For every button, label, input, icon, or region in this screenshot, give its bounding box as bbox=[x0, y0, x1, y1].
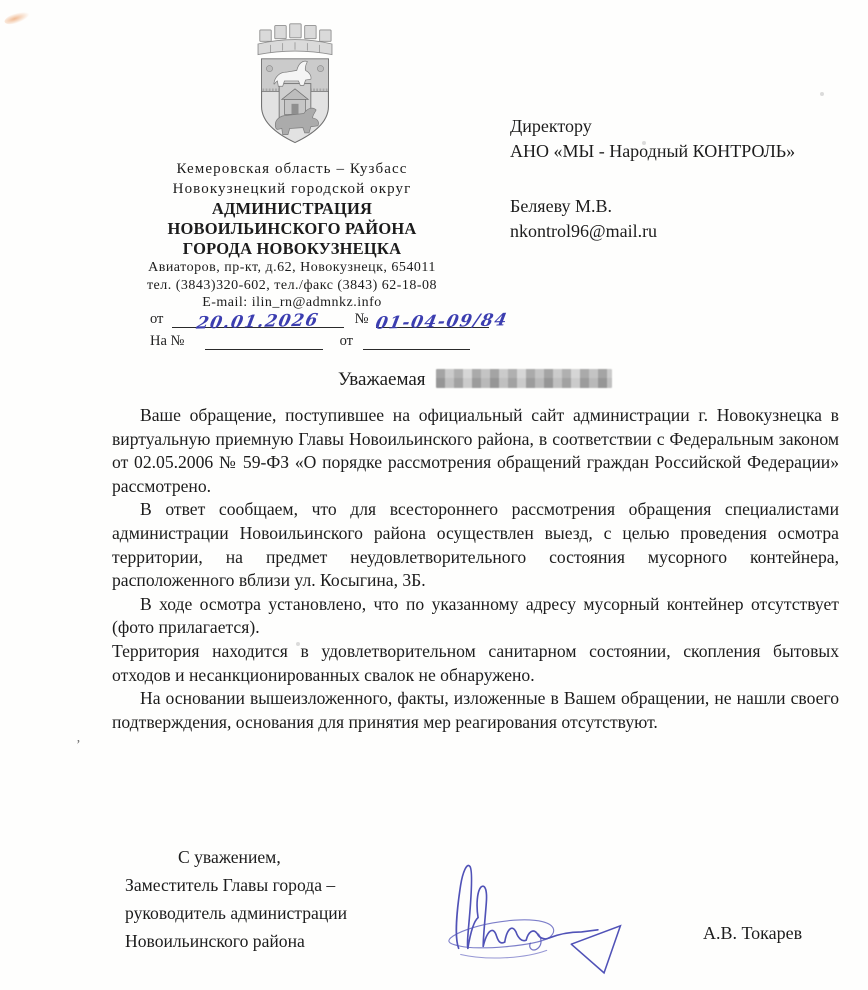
salutation-word: Уважаемая bbox=[338, 369, 426, 390]
scanned-letter-page: ’ Кемеровская область – Кузбасс Новокузн… bbox=[0, 0, 868, 990]
letterhead-address: Авиаторов, пр-кт, д.62, Новокузнецк, 654… bbox=[62, 259, 522, 277]
ref-reply-date-blank bbox=[363, 332, 470, 350]
letterhead-phone: тел. (3843)320-602, тел./факс (3843) 62-… bbox=[62, 277, 522, 295]
scan-speck bbox=[820, 92, 824, 96]
reference-block: от 20.01.2026 № 01-04-09/84 На № от bbox=[150, 310, 500, 354]
ref-number-label: № bbox=[355, 311, 369, 327]
ref-reply-from-label: от bbox=[340, 333, 353, 349]
letterhead: Кемеровская область – Кузбасс Новокузнец… bbox=[62, 159, 522, 312]
letter-body: Ваше обращение, поступившее на официальн… bbox=[112, 404, 839, 734]
signoff-block: С уважением, Заместитель Главы города – … bbox=[125, 843, 347, 955]
signer-name: А.В. Токарев bbox=[703, 923, 802, 944]
letterhead-region-line1: Кемеровская область – Кузбасс bbox=[62, 159, 522, 179]
recipient-organization: АНО «МЫ - Народный КОНТРОЛЬ» bbox=[510, 139, 860, 164]
signoff-regards: С уважением, bbox=[125, 843, 347, 871]
body-paragraph: Ваше обращение, поступившее на официальн… bbox=[112, 404, 839, 498]
recipient-block: Директору АНО «МЫ - Народный КОНТРОЛЬ» Б… bbox=[510, 114, 860, 244]
novokuznetsk-coat-of-arms-emblem bbox=[249, 22, 341, 154]
handwritten-date: 20.01.2026 bbox=[195, 310, 321, 333]
signoff-title-line1: Заместитель Главы города – bbox=[125, 871, 347, 899]
signoff-title-line2: руководитель администрации bbox=[125, 899, 347, 927]
handwritten-signature bbox=[436, 850, 641, 978]
ref-date-line: 20.01.2026 bbox=[172, 310, 344, 328]
letterhead-org-line3: ГОРОДА НОВОКУЗНЕЦКА bbox=[62, 239, 522, 259]
letterhead-org-line1: АДМИНИСТРАЦИЯ bbox=[62, 199, 522, 219]
recipient-title: Директору bbox=[510, 114, 860, 139]
ref-reply-number-blank bbox=[205, 332, 323, 350]
body-paragraph: Территория находится в удовлетворительно… bbox=[112, 640, 839, 687]
letterhead-region-line2: Новокузнецкий городской округ bbox=[62, 179, 522, 199]
signoff-title-line3: Новоильинского района bbox=[125, 927, 347, 955]
ref-from-label: от bbox=[150, 311, 163, 327]
letterhead-org-line2: НОВОИЛЬИНСКОГО РАЙОНА bbox=[62, 219, 522, 239]
scan-artifact-orange-mark bbox=[3, 9, 31, 27]
salutation: Уважаемая bbox=[338, 369, 612, 391]
body-paragraph: В ходе осмотра установлено, что по указа… bbox=[112, 593, 839, 640]
recipient-email: nkontrol96@mail.ru bbox=[510, 219, 860, 244]
ref-reply-label: На № bbox=[150, 333, 184, 349]
recipient-person: Беляеву М.В. bbox=[510, 194, 860, 219]
letterhead-email: E-mail: ilin_rn@admnkz.info bbox=[62, 294, 522, 312]
ref-number-line: 01-04-09/84 bbox=[376, 310, 489, 328]
scan-ink-tick: ’ bbox=[76, 738, 81, 754]
body-paragraph: В ответ сообщаем, что для всестороннего … bbox=[112, 498, 839, 592]
body-paragraph: На основании вышеизложенного, факты, изл… bbox=[112, 687, 839, 734]
redacted-name-blur bbox=[436, 369, 612, 388]
handwritten-number: 01-04-09/84 bbox=[374, 310, 510, 333]
